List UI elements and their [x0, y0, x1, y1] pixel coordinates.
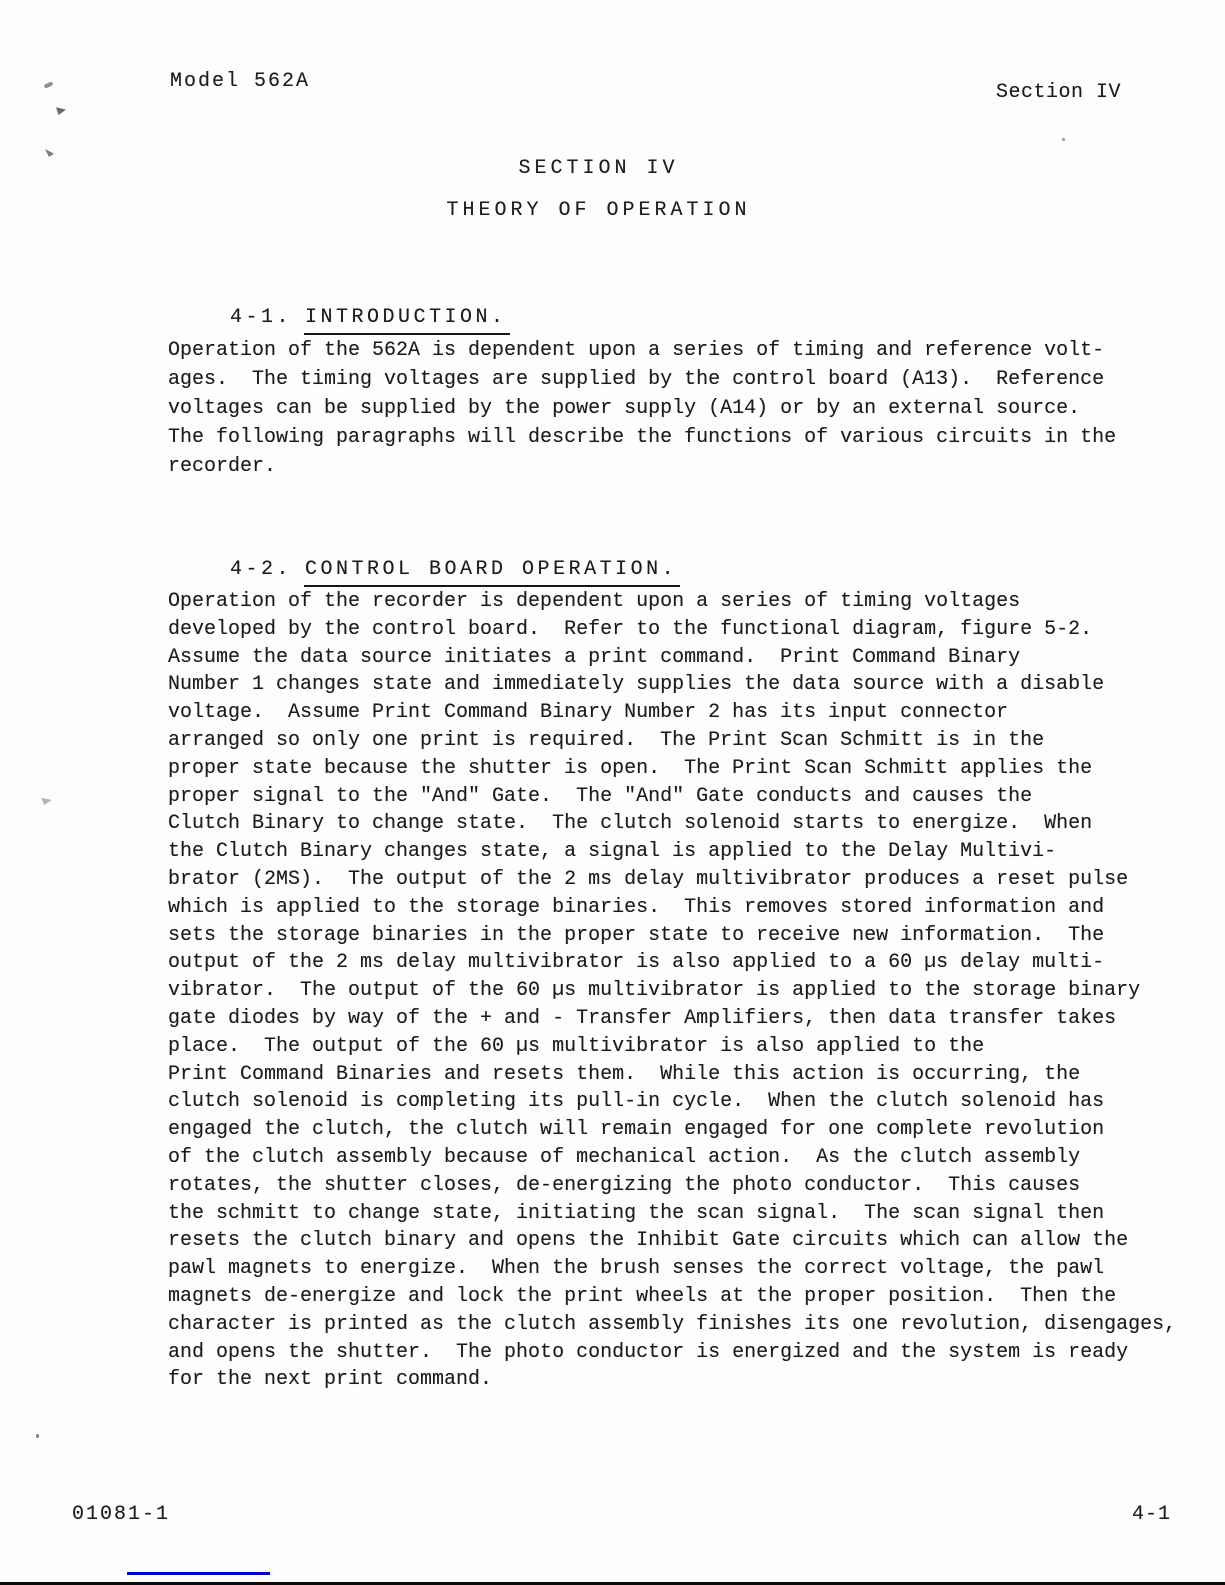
manual-page: Model 562A Section IV SECTION IV THEORY …: [0, 0, 1225, 1585]
paragraph-control-board: Operation of the recorder is dependent u…: [168, 588, 1178, 1394]
page-subtitle: THEORY OF OPERATION: [0, 199, 1211, 222]
page-title: SECTION IV: [0, 157, 1211, 180]
scan-artifact: [56, 103, 66, 115]
paragraph-introduction: Operation of the 562A is dependent upon …: [168, 336, 1178, 481]
section-number: 4-1.: [230, 306, 292, 329]
scan-artifact: [36, 1434, 39, 1438]
section-title: CONTROL BOARD OPERATION.: [304, 558, 680, 587]
scan-artifact: [44, 81, 54, 88]
header-model-label: Model 562A: [170, 70, 310, 93]
footer-blue-underline: [127, 1572, 270, 1575]
header-section-label: Section IV: [996, 81, 1121, 104]
footer-page-number: 4-1: [1132, 1503, 1171, 1526]
section-title: INTRODUCTION.: [304, 306, 510, 335]
scan-artifact: [1062, 138, 1065, 141]
section-number: 4-2.: [230, 558, 292, 581]
footer-document-number: 01081-1: [72, 1503, 170, 1526]
scan-artifact: [45, 149, 54, 157]
scan-artifact: [40, 796, 52, 805]
